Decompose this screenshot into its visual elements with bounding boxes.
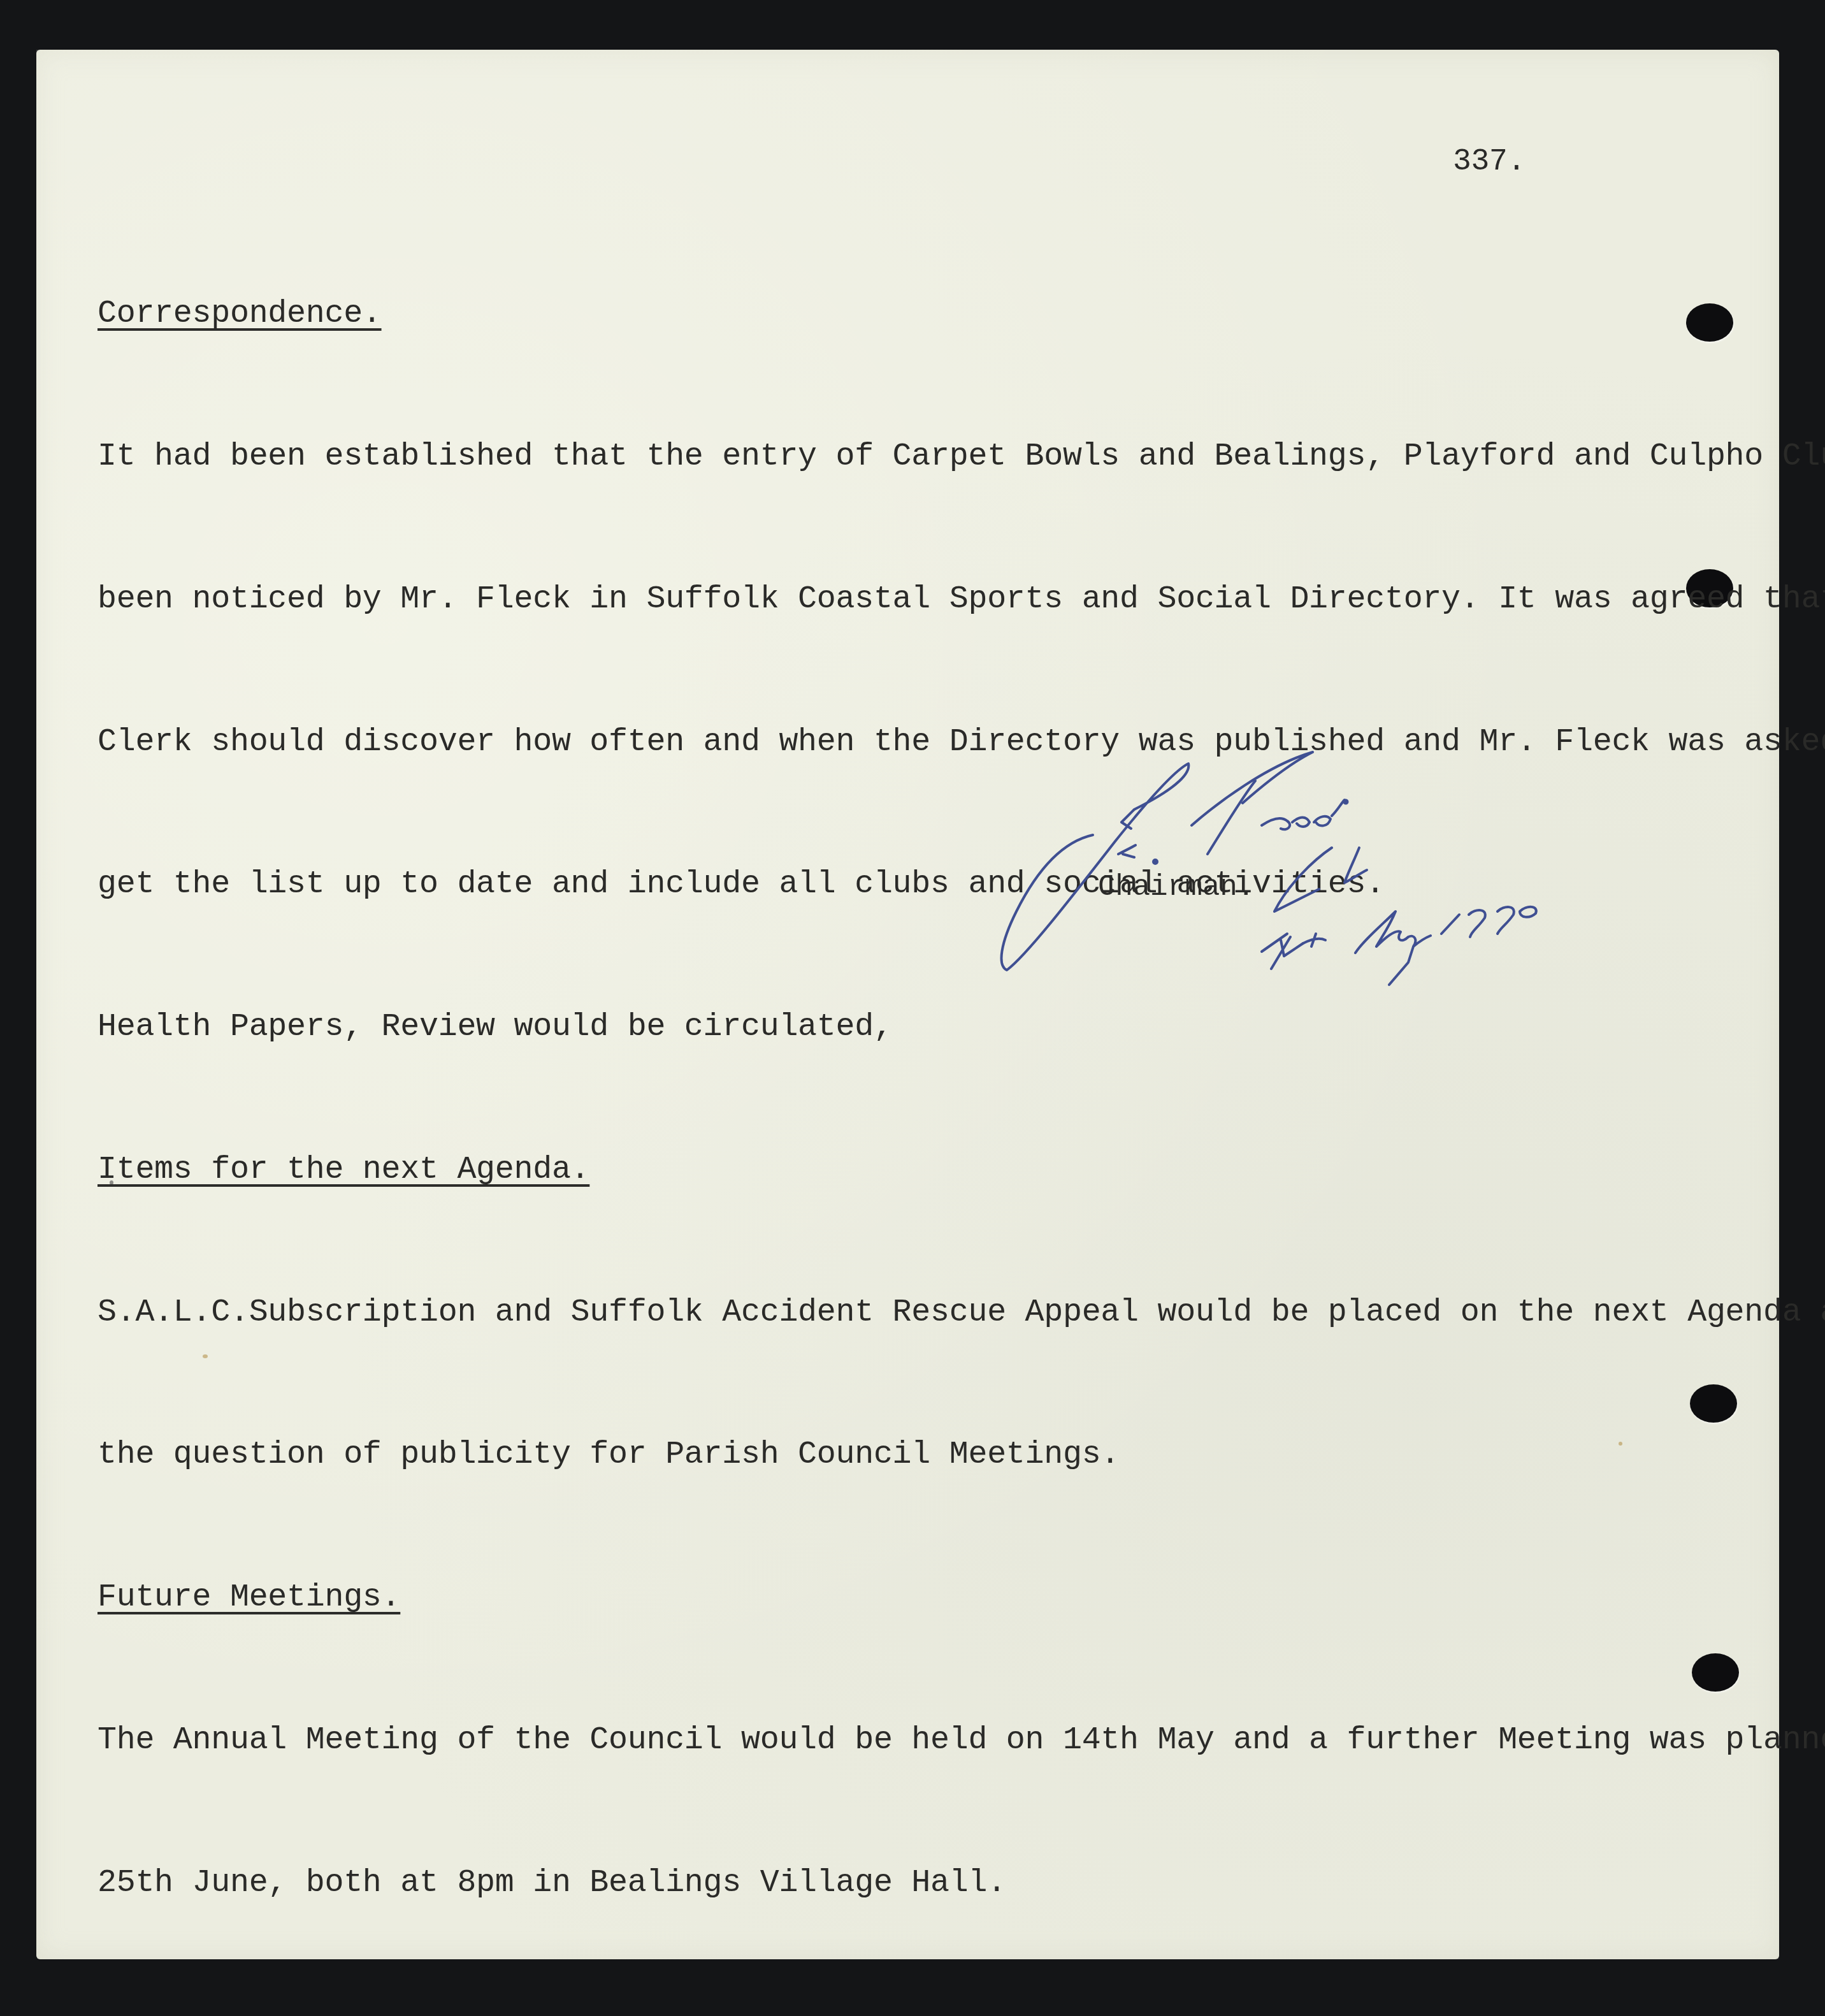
page-number: 337. bbox=[1453, 143, 1526, 181]
section-heading-correspondence: Correspondence. bbox=[97, 291, 1825, 338]
text-line: It had been established that the entry o… bbox=[97, 433, 1825, 481]
text-line: S.A.L.C.Subscription and Suffolk Acciden… bbox=[97, 1289, 1825, 1337]
text-line: Health Papers, Review would be circulate… bbox=[97, 1004, 1825, 1052]
text-line: The Annual Meeting of the Council would … bbox=[97, 1717, 1825, 1765]
heading-text: Items for the next Agenda. bbox=[97, 1152, 589, 1188]
text-line: 25th June, both at 8pm in Bealings Villa… bbox=[97, 1860, 1825, 1908]
section-heading-agenda: Items for the next Agenda. bbox=[97, 1147, 1825, 1194]
section-heading-future-meetings: Future Meetings. bbox=[97, 1574, 1825, 1622]
text-line: the question of publicity for Parish Cou… bbox=[97, 1432, 1825, 1479]
text-line: been noticed by Mr. Fleck in Suffolk Coa… bbox=[97, 576, 1825, 624]
minutes-body: Correspondence. It had been established … bbox=[97, 196, 1825, 1955]
heading-text: Future Meetings. bbox=[97, 1579, 400, 1616]
heading-text: Correspondence. bbox=[97, 296, 382, 332]
